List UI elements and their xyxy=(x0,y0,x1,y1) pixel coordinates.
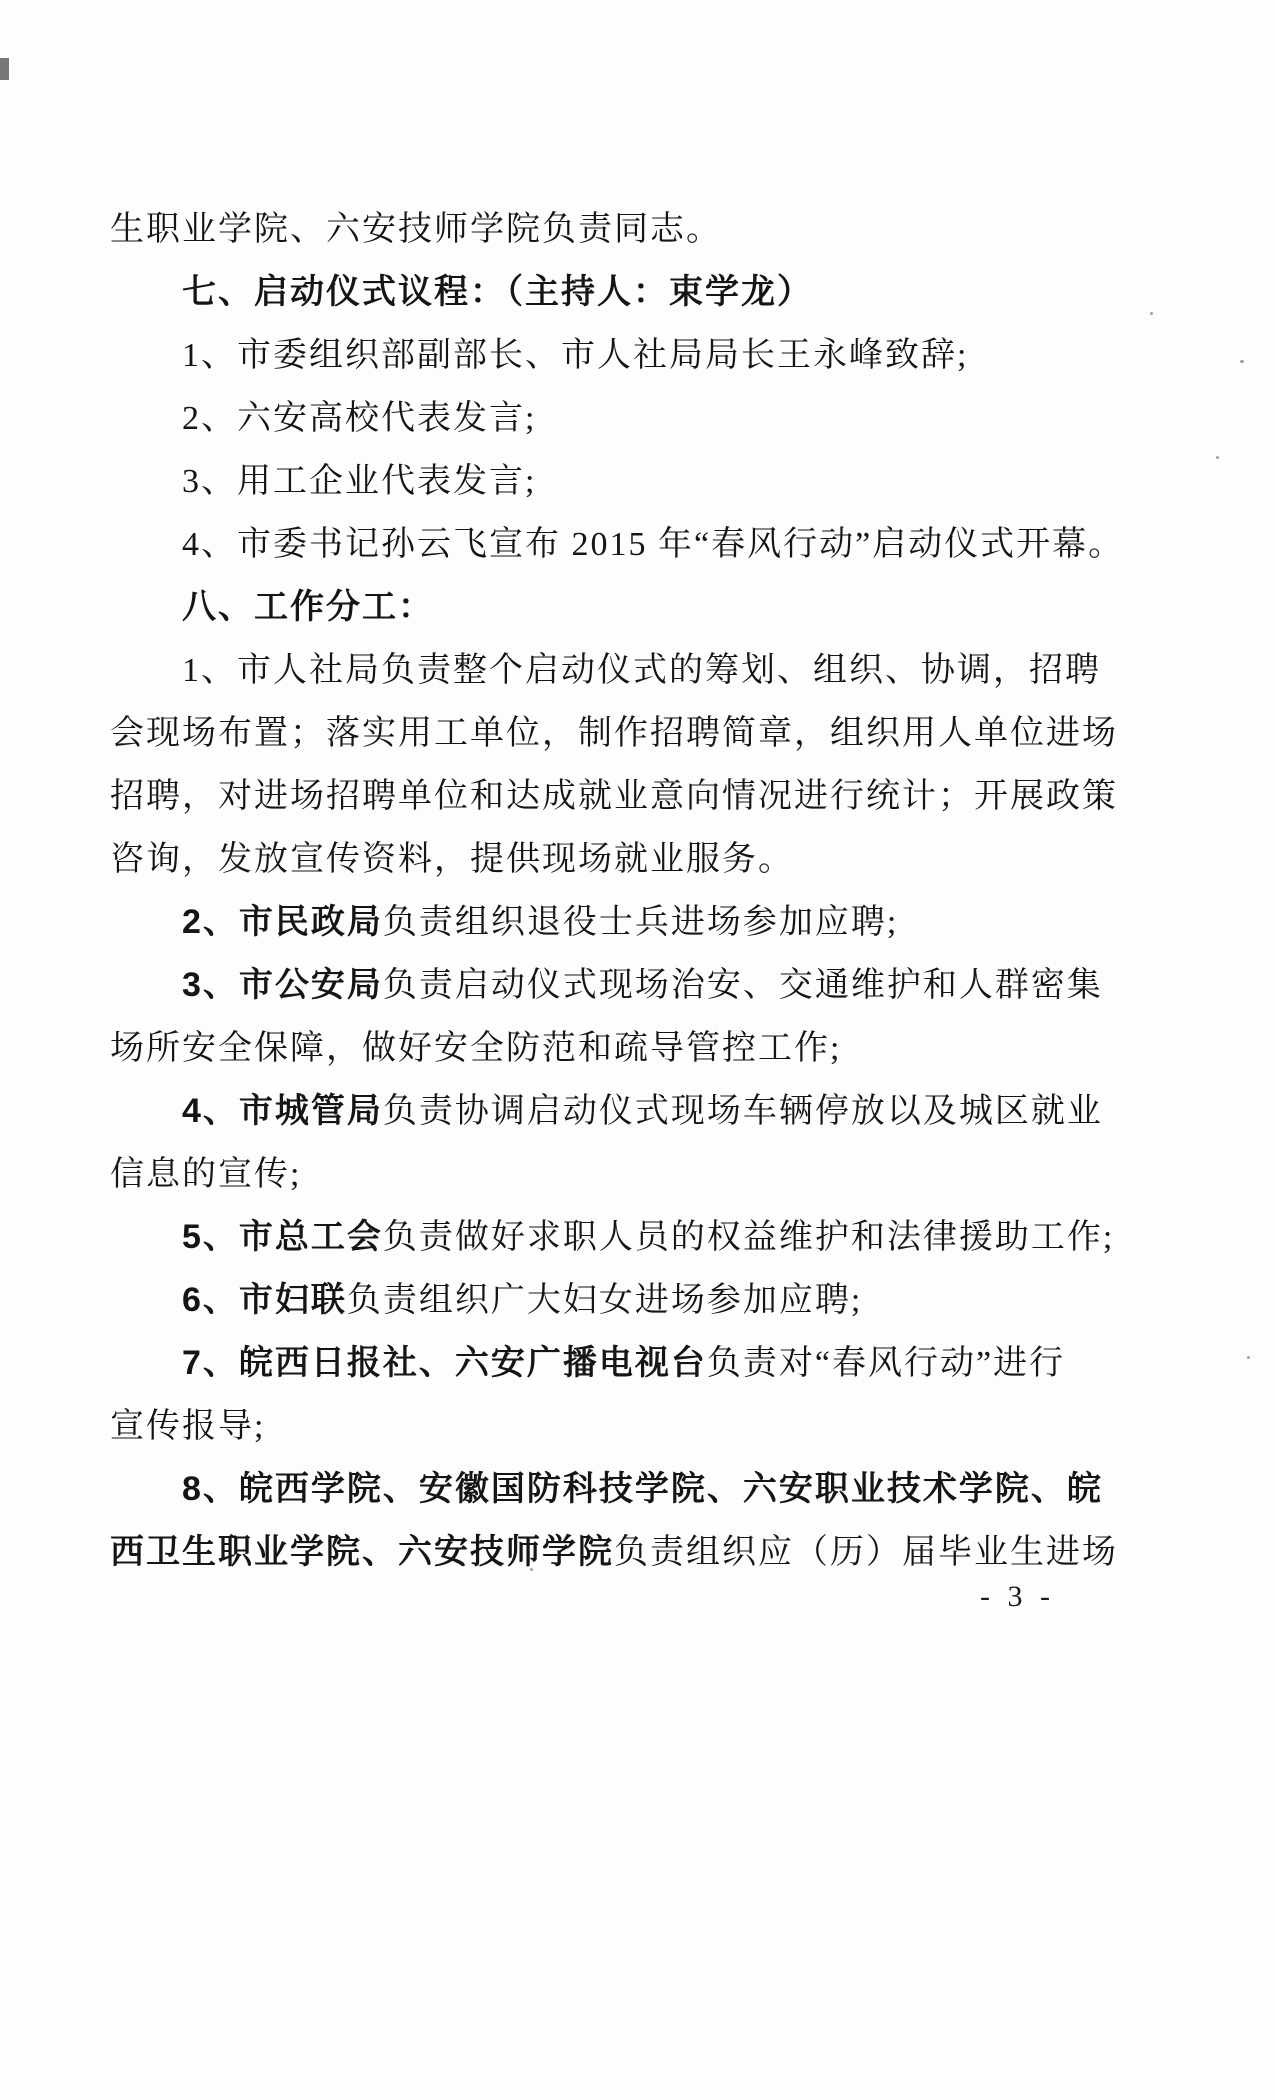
document-page: 生职业学院、六安技师学院负责同志。七、启动仪式议程：（主持人：束学龙）1、市委组… xyxy=(0,0,1275,2100)
bold-text: 八、工作分工： xyxy=(182,588,434,626)
document-body: 生职业学院、六安技师学院负责同志。七、启动仪式议程：（主持人：束学龙）1、市委组… xyxy=(110,198,1110,1584)
text-line: 4、市城管局负责协调启动仪式现场车辆停放以及城区就业 xyxy=(110,1080,1110,1143)
text-line: 2、市民政局负责组织退役士兵进场参加应聘; xyxy=(110,891,1110,954)
text-line: 5、市总工会负责做好求职人员的权益维护和法律援助工作; xyxy=(110,1206,1110,1269)
body-text: 宣传报导; xyxy=(110,1408,265,1445)
text-line: 八、工作分工： xyxy=(110,576,1110,639)
text-line: 1、市人社局负责整个启动仪式的筹划、组织、协调，招聘 xyxy=(110,639,1110,702)
text-line: 七、启动仪式议程：（主持人：束学龙） xyxy=(110,261,1110,324)
scan-speck xyxy=(1216,456,1219,459)
bold-text: 西卫生职业学院、六安技师学院 xyxy=(110,1533,614,1571)
scan-speck xyxy=(1150,312,1153,315)
scan-speck xyxy=(0,58,9,80)
bold-text: 4、市城管局 xyxy=(182,1092,383,1130)
body-text: 负责对“春风行动”进行 xyxy=(707,1345,1065,1382)
body-text: 负责组织退役士兵进场参加应聘; xyxy=(383,904,898,941)
text-line: 宣传报导; xyxy=(110,1395,1110,1458)
text-line: 生职业学院、六安技师学院负责同志。 xyxy=(110,198,1110,261)
bold-text: 3、市公安局 xyxy=(182,966,383,1004)
bold-text: 2、市民政局 xyxy=(182,903,383,941)
body-text: 信息的宣传; xyxy=(110,1156,301,1193)
text-line: 6、市妇联负责组织广大妇女进场参加应聘; xyxy=(110,1269,1110,1332)
text-line: 8、皖西学院、安徽国防科技学院、六安职业技术学院、皖 xyxy=(110,1458,1110,1521)
bold-text: 8、皖西学院、安徽国防科技学院、六安职业技术学院、皖 xyxy=(182,1470,1103,1508)
text-line: 4、市委书记孙云飞宣布 2015 年“春风行动”启动仪式开幕。 xyxy=(110,513,1110,576)
body-text: 负责组织应（历）届毕业生进场 xyxy=(614,1534,1118,1571)
body-text: 1、市人社局负责整个启动仪式的筹划、组织、协调，招聘 xyxy=(182,652,1101,689)
body-text: 招聘，对进场招聘单位和达成就业意向情况进行统计；开展政策 xyxy=(110,778,1118,815)
text-line: 1、市委组织部副部长、市人社局局长王永峰致辞; xyxy=(110,324,1110,387)
bold-text: 七、启动仪式议程：（主持人：束学龙） xyxy=(182,273,813,311)
text-line: 信息的宣传; xyxy=(110,1143,1110,1206)
text-line: 西卫生职业学院、六安技师学院负责组织应（历）届毕业生进场 xyxy=(110,1521,1110,1584)
bold-text: 5、市总工会 xyxy=(182,1218,383,1256)
text-line: 3、市公安局负责启动仪式现场治安、交通维护和人群密集 xyxy=(110,954,1110,1017)
scan-speck xyxy=(530,1568,533,1571)
bold-text: 7、皖西日报社、六安广播电视台 xyxy=(182,1344,707,1382)
text-line: 7、皖西日报社、六安广播电视台负责对“春风行动”进行 xyxy=(110,1332,1110,1395)
body-text: 生职业学院、六安技师学院负责同志。 xyxy=(110,211,722,248)
scan-speck xyxy=(1247,1356,1250,1359)
scan-speck xyxy=(1240,360,1244,363)
body-text: 2、六安高校代表发言; xyxy=(182,400,536,437)
page-number: - 3 - xyxy=(980,1580,1055,1614)
text-line: 场所安全保障，做好安全防范和疏导管控工作; xyxy=(110,1017,1110,1080)
body-text: 场所安全保障，做好安全防范和疏导管控工作; xyxy=(110,1030,841,1067)
bold-text: 6、市妇联 xyxy=(182,1281,347,1319)
text-line: 招聘，对进场招聘单位和达成就业意向情况进行统计；开展政策 xyxy=(110,765,1110,828)
body-text: 负责组织广大妇女进场参加应聘; xyxy=(347,1282,862,1319)
body-text: 3、用工企业代表发言; xyxy=(182,463,536,500)
text-line: 会现场布置；落实用工单位，制作招聘简章，组织用人单位进场 xyxy=(110,702,1110,765)
body-text: 负责启动仪式现场治安、交通维护和人群密集 xyxy=(383,967,1103,1004)
body-text: 4、市委书记孙云飞宣布 2015 年“春风行动”启动仪式开幕。 xyxy=(182,526,1124,563)
text-line: 3、用工企业代表发言; xyxy=(110,450,1110,513)
body-text: 咨询，发放宣传资料，提供现场就业服务。 xyxy=(110,841,794,878)
body-text: 1、市委组织部副部长、市人社局局长王永峰致辞; xyxy=(182,337,968,374)
body-text: 负责协调启动仪式现场车辆停放以及城区就业 xyxy=(383,1093,1103,1130)
body-text: 会现场布置；落实用工单位，制作招聘简章，组织用人单位进场 xyxy=(110,715,1118,752)
text-line: 2、六安高校代表发言; xyxy=(110,387,1110,450)
text-line: 咨询，发放宣传资料，提供现场就业服务。 xyxy=(110,828,1110,891)
body-text: 负责做好求职人员的权益维护和法律援助工作; xyxy=(383,1219,1114,1256)
